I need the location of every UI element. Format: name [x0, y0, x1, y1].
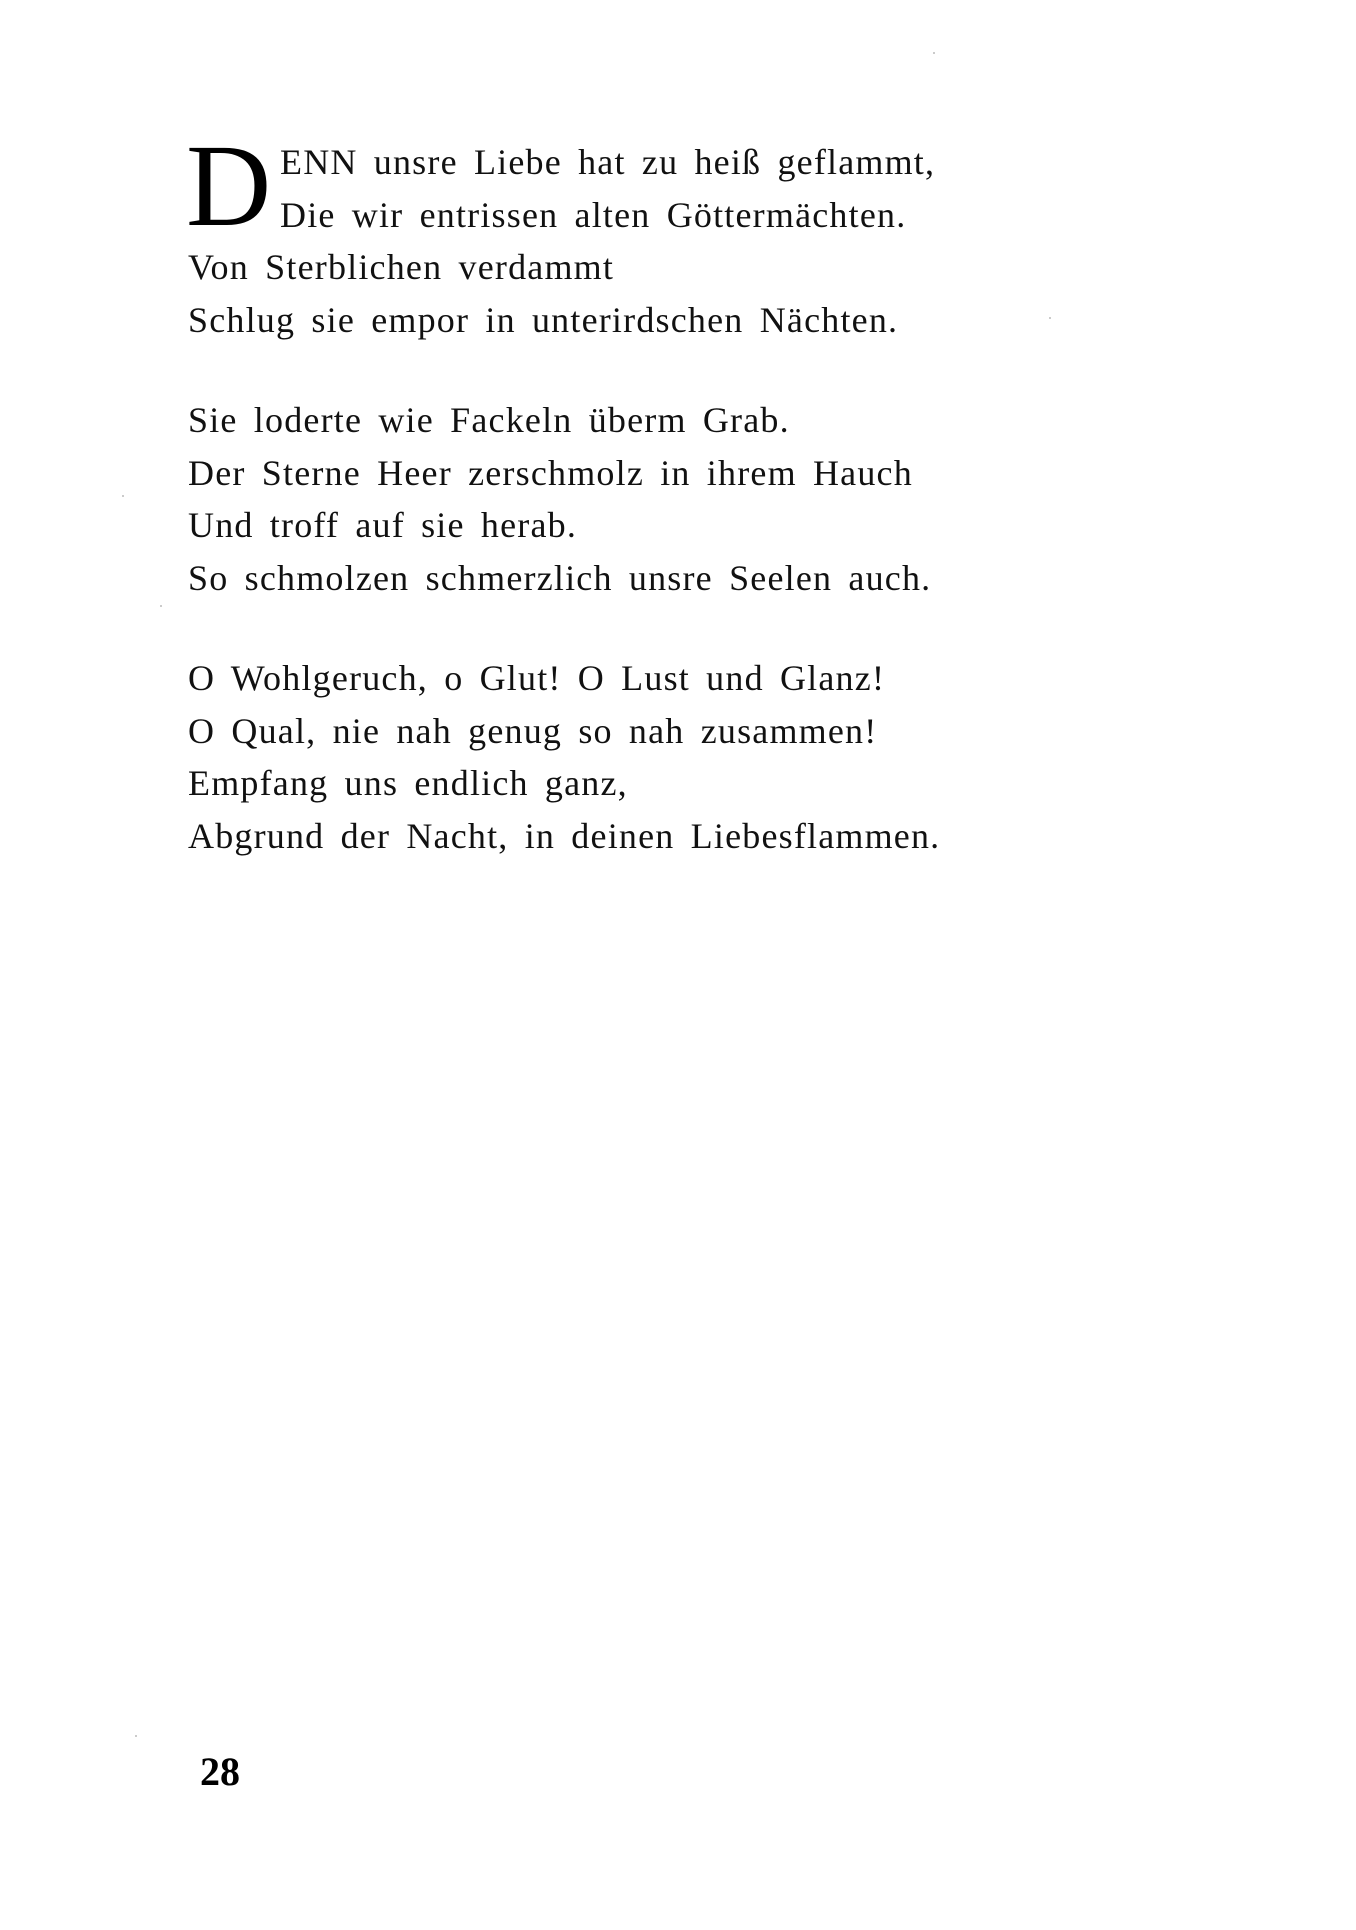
scan-speck: [135, 1735, 137, 1737]
poem-line: Und troff auf sie herab.: [188, 499, 1088, 552]
stanza-2: Sie loderte wie Fackeln überm Grab. Der …: [188, 394, 1088, 604]
poem-line: ENN unsre Liebe hat zu heiß geflammt,: [280, 136, 1088, 189]
poem-line: Empfang uns endlich ganz,: [188, 757, 1088, 810]
scan-speck: [122, 495, 124, 497]
poem-line: Abgrund der Nacht, in deinen Liebesflamm…: [188, 810, 1088, 863]
dropcap-letter: D: [186, 142, 271, 230]
scan-speck: [933, 52, 935, 54]
poem-line: Sie loderte wie Fackeln überm Grab.: [188, 394, 1088, 447]
stanza-3: O Wohlgeruch, o Glut! O Lust und Glanz! …: [188, 652, 1088, 862]
poem-line: O Wohlgeruch, o Glut! O Lust und Glanz!: [188, 652, 1088, 705]
page-number: 28: [200, 1748, 240, 1795]
scan-speck: [160, 605, 162, 607]
scan-speck: [1049, 317, 1051, 319]
poem-line: Die wir entrissen alten Göttermächten.: [280, 189, 1088, 242]
stanza-1: D ENN unsre Liebe hat zu heiß geflammt, …: [188, 136, 1088, 346]
poem-line: Von Sterblichen verdammt: [188, 241, 1088, 294]
dropcap-block: D ENN unsre Liebe hat zu heiß geflammt, …: [188, 136, 1088, 241]
poem-line: Schlug sie empor in unterirdschen Nächte…: [188, 294, 1088, 347]
poem-line: So schmolzen schmerzlich unsre Seelen au…: [188, 552, 1088, 605]
poem-line: O Qual, nie nah genug so nah zusammen!: [188, 705, 1088, 758]
poem-line: Der Sterne Heer zerschmolz in ihrem Hauc…: [188, 447, 1088, 500]
book-page: D ENN unsre Liebe hat zu heiß geflammt, …: [0, 0, 1356, 1930]
poem: D ENN unsre Liebe hat zu heiß geflammt, …: [188, 136, 1088, 910]
